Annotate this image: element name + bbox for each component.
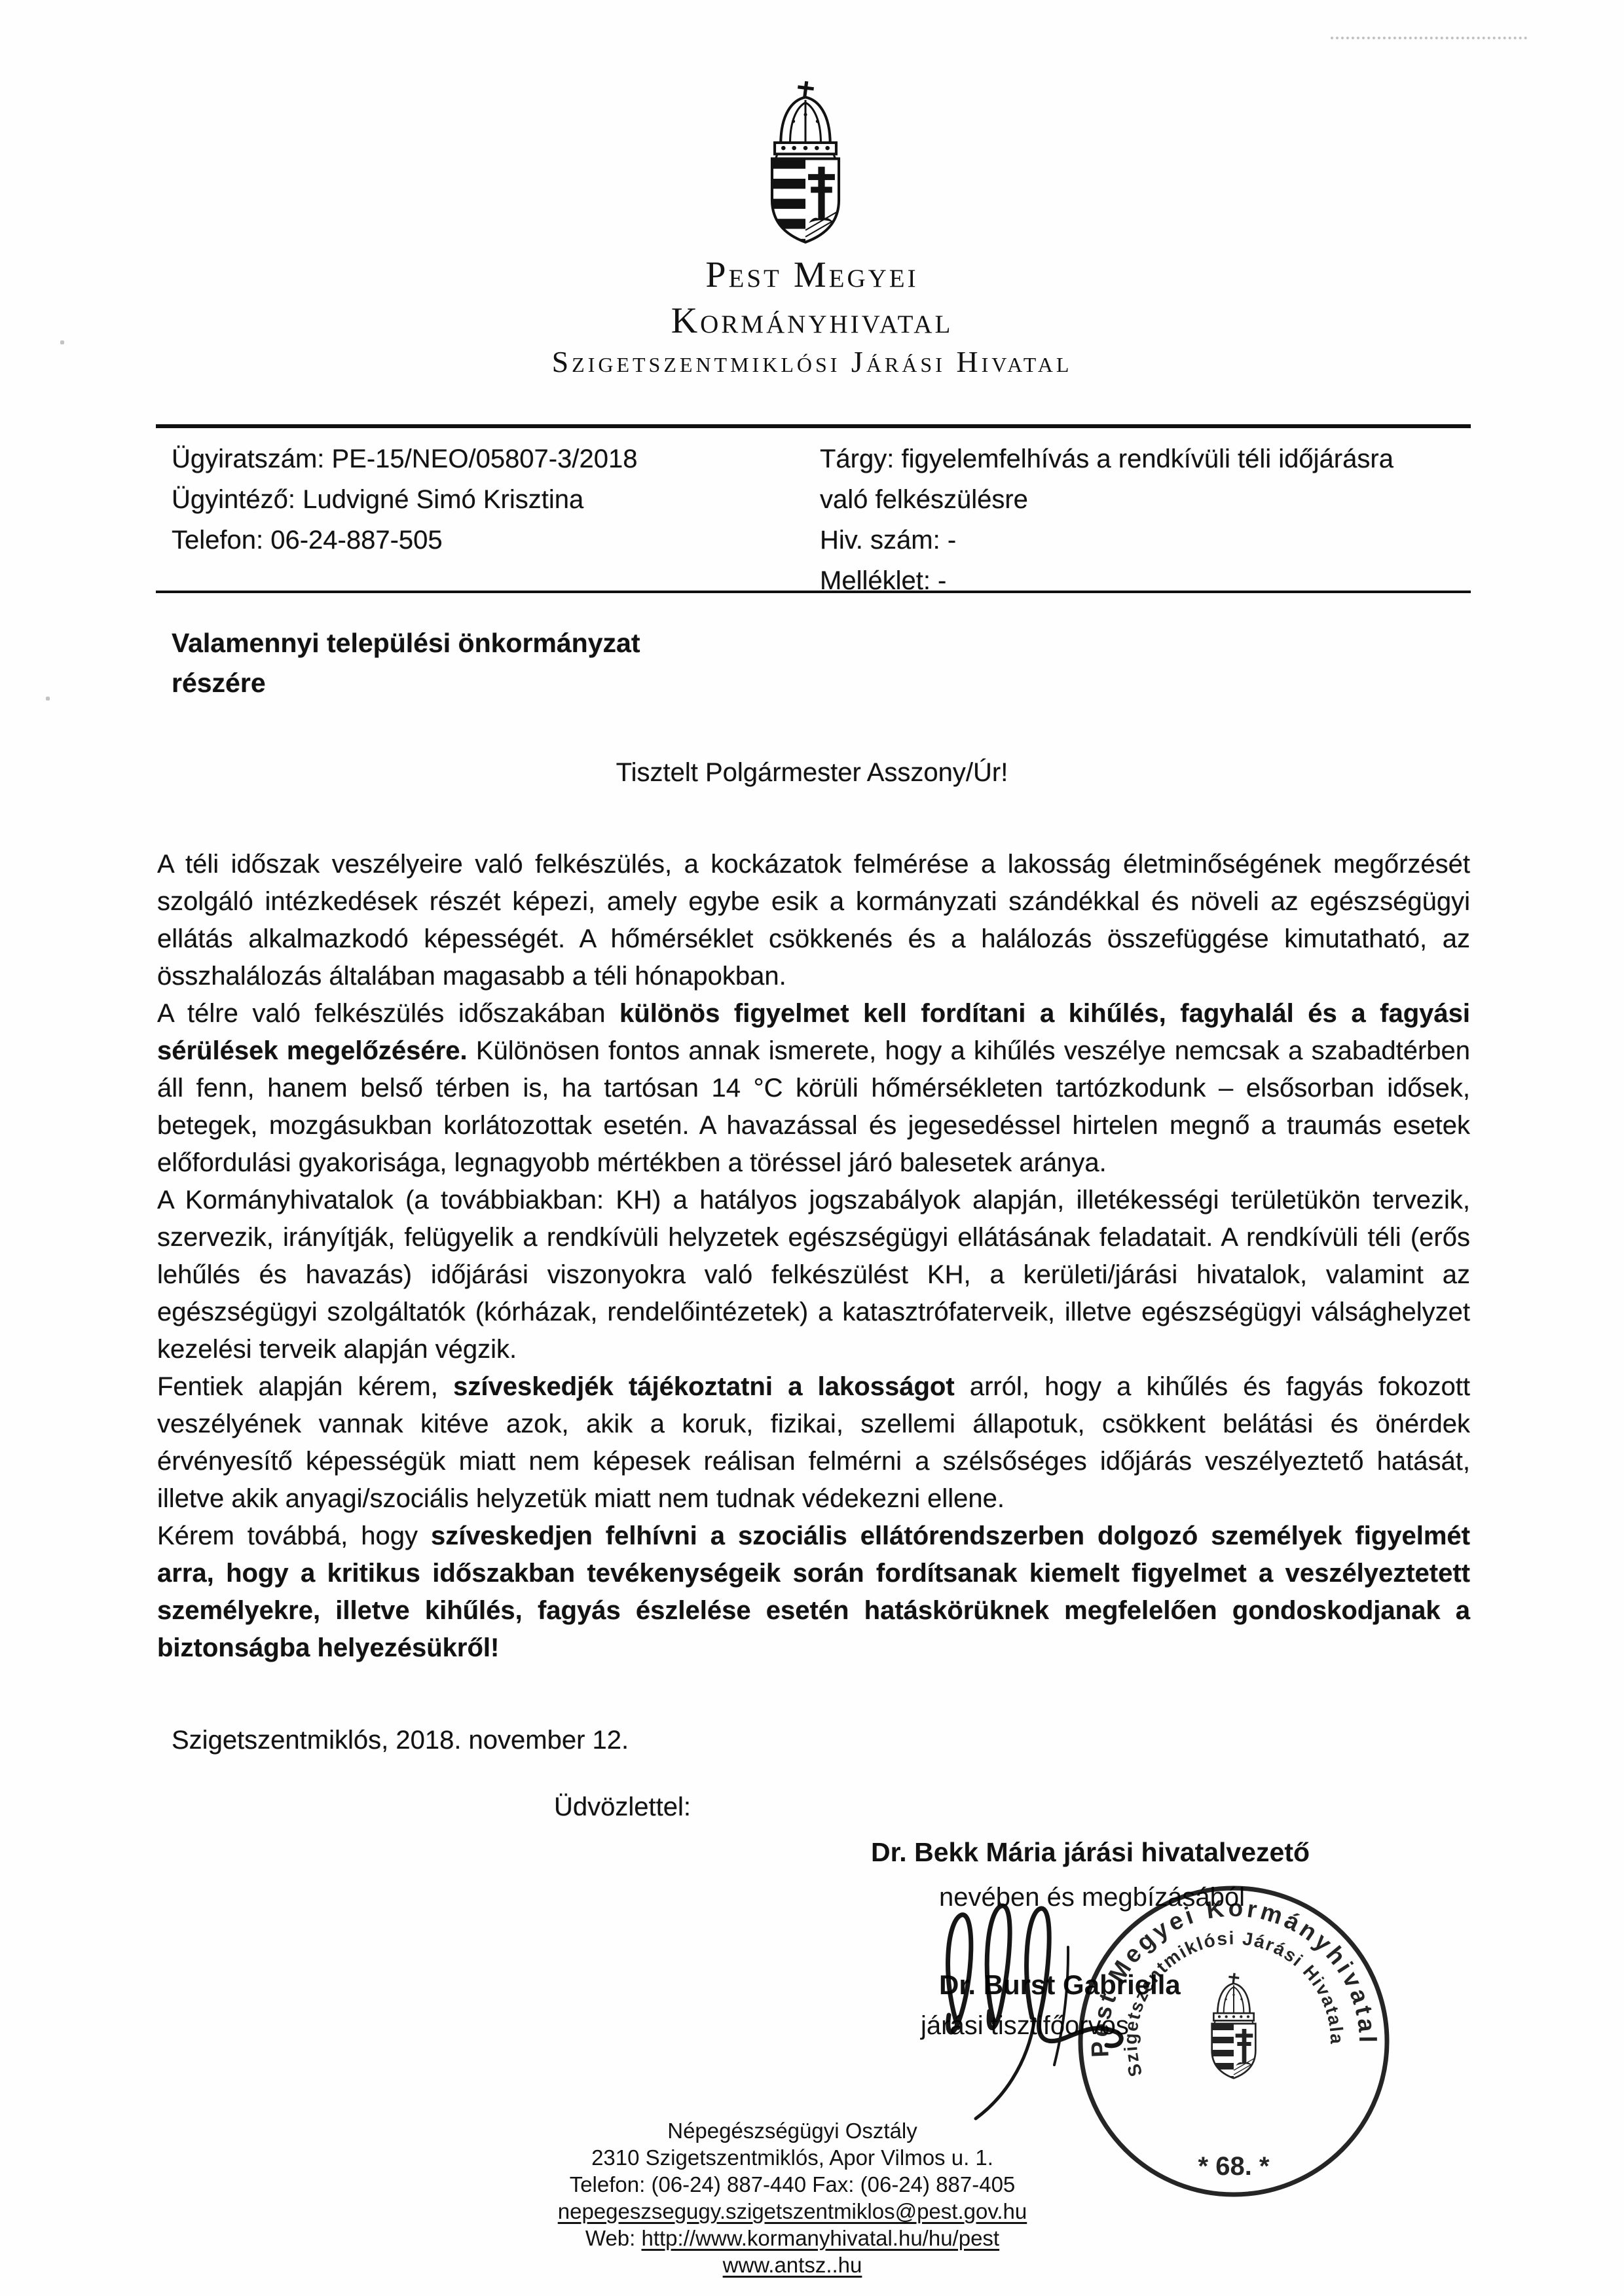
paragraph-run: A télre való felkészülés időszakában bbox=[157, 999, 619, 1028]
principal-name-title: Dr. Bekk Mária járási hivatalvezető bbox=[871, 1837, 1310, 1868]
paragraph: Fentiek alapján kérem, szíveskedjék tájé… bbox=[157, 1368, 1470, 1518]
scan-speck bbox=[46, 697, 50, 701]
case-number: Ügyiratszám: PE-15/NEO/05807-3/2018 bbox=[172, 439, 637, 479]
attachment-line: Melléklet: - bbox=[820, 560, 1393, 601]
salutation: Tisztelt Polgármester Asszony/Úr! bbox=[0, 758, 1624, 788]
letterhead-org-line2: Kormányhivatal bbox=[0, 300, 1624, 342]
subject-line1: Tárgy: figyelemfelhívás a rendkívüli tél… bbox=[820, 439, 1393, 479]
paragraph-run: A téli időszak veszélyeire való felkészü… bbox=[157, 850, 1470, 991]
paragraph-run: A Kormányhivatalok (a továbbiakban: KH) … bbox=[157, 1186, 1470, 1364]
paragraph: Kérem továbbá, hogy szíveskedjen felhívn… bbox=[157, 1518, 1470, 1667]
footer-web-label: Web: bbox=[585, 2226, 642, 2250]
paragraph: A télre való felkészülés időszakában kül… bbox=[157, 995, 1470, 1182]
body-text: A téli időszak veszélyeire való felkészü… bbox=[157, 846, 1470, 1667]
footer-web-link[interactable]: http://www.kormanyhivatal.hu/hu/pest bbox=[641, 2226, 999, 2250]
addressee-line2: részére bbox=[172, 663, 640, 703]
phone-line: Telefon: 06-24-887-505 bbox=[172, 520, 637, 560]
reference-block: Ügyiratszám: PE-15/NEO/05807-3/2018 Ügyi… bbox=[156, 424, 1471, 593]
letterhead-org-line1: Pest Megyei bbox=[0, 254, 1624, 296]
paragraph: A Kormányhivatalok (a továbbiakban: KH) … bbox=[157, 1182, 1470, 1368]
footer-phone-fax: Telefon: (06-24) 887-440 Fax: (06-24) 88… bbox=[0, 2171, 1585, 2198]
paragraph-bold-run: szíveskedjék tájékoztatni a lakosságot bbox=[453, 1372, 955, 1401]
footer-block: Népegészségügyi Osztály 2310 Szigetszent… bbox=[0, 2117, 1585, 2278]
reference-right-column: Tárgy: figyelemfelhívás a rendkívüli tél… bbox=[820, 439, 1393, 601]
letterhead-org-line3: Szigetszentmiklósi Járási Hivatal bbox=[0, 344, 1624, 379]
dateline: Szigetszentmiklós, 2018. november 12. bbox=[172, 1726, 629, 1755]
paragraph: A téli időszak veszélyeire való felkészü… bbox=[157, 846, 1470, 995]
scan-artifact-dotted-line bbox=[1331, 37, 1527, 39]
case-officer: Ügyintéző: Ludvigné Simó Krisztina bbox=[172, 479, 637, 520]
reference-number: Hiv. szám: - bbox=[820, 520, 1393, 560]
addressee-line1: Valamennyi települési önkormányzat bbox=[172, 623, 640, 663]
stamp-coat-of-arms-icon bbox=[1212, 1973, 1278, 2083]
footer-email-link[interactable]: nepegeszsegugy.szigetszentmiklos@pest.go… bbox=[558, 2199, 1027, 2223]
reference-left-column: Ügyiratszám: PE-15/NEO/05807-3/2018 Ügyi… bbox=[172, 439, 637, 560]
footer-site-link[interactable]: www.antsz..hu bbox=[723, 2253, 862, 2277]
paragraph-run: Kérem továbbá, hogy bbox=[157, 1522, 431, 1550]
footer-address: 2310 Szigetszentmiklós, Apor Vilmos u. 1… bbox=[0, 2144, 1585, 2171]
paragraph-run: Fentiek alapján kérem, bbox=[157, 1372, 453, 1401]
closing-regards: Üdvözlettel: bbox=[554, 1793, 691, 1822]
addressee-block: Valamennyi települési önkormányzat részé… bbox=[172, 623, 640, 703]
subject-line2: való felkészülésre bbox=[820, 479, 1393, 520]
scanned-letter-page: Pest Megyei Kormányhivatal Szigetszentmi… bbox=[0, 0, 1624, 2296]
footer-department: Népegészségügyi Osztály bbox=[0, 2117, 1585, 2144]
hungarian-coat-of-arms-icon bbox=[754, 80, 857, 244]
